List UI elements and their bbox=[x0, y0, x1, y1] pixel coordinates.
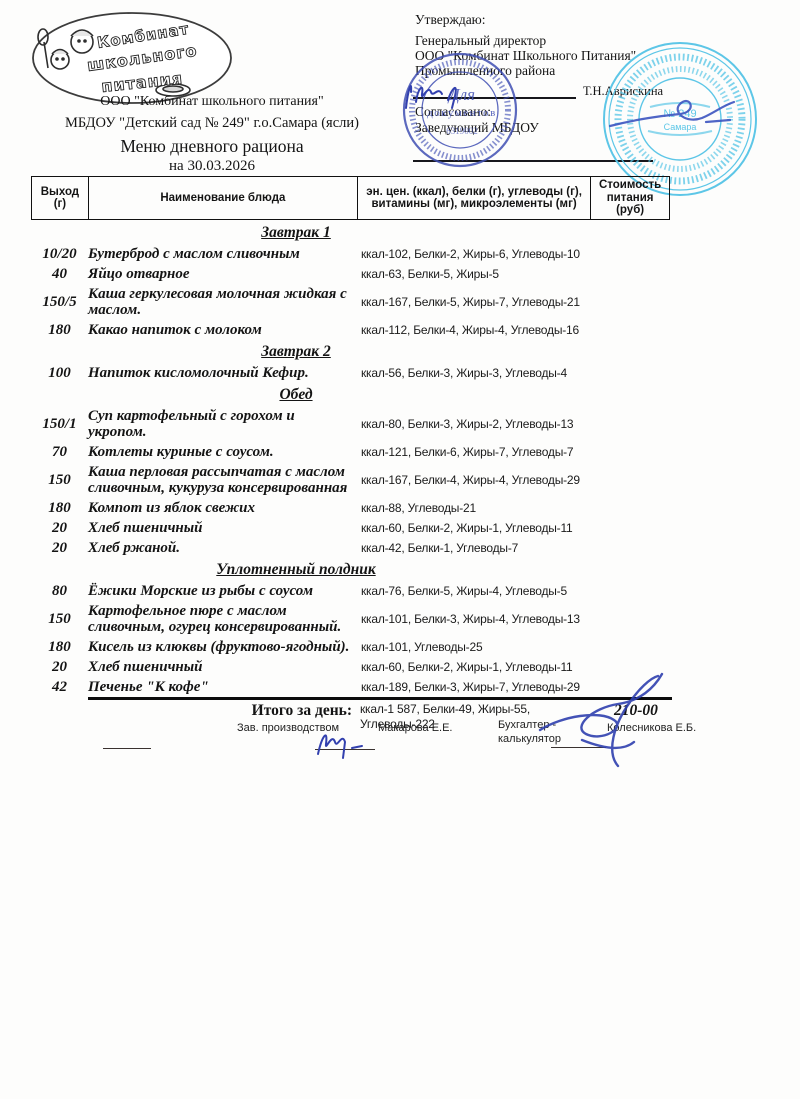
signature-stroke-icon bbox=[602, 80, 767, 140]
col-header-cost: Стоимость питания (руб) bbox=[591, 177, 669, 219]
section-title-breakfast2: Завтрак 2 bbox=[31, 343, 561, 361]
menu-date: на 30.03.2026 bbox=[28, 158, 396, 175]
portion-value: 80 bbox=[31, 583, 88, 600]
portion-value: 150 bbox=[31, 472, 88, 489]
menu-table-body: Завтрак 1 10/20 Бутерброд с маслом сливо… bbox=[31, 221, 672, 732]
portion-value: 180 bbox=[31, 500, 88, 517]
menu-row: 150/5 Каша геркулесовая молочная жидкая … bbox=[31, 284, 672, 320]
section-title-snack: Уплотненный полдник bbox=[31, 561, 561, 579]
menu-row: 70 Котлеты куриные с соусом. ккал-121, Б… bbox=[31, 442, 672, 462]
dish-name: Картофельное пюре с маслом сливочным, ог… bbox=[88, 603, 361, 636]
menu-row: 180 Кисель из клюквы (фруктово-ягодный).… bbox=[31, 637, 672, 657]
portion-value: 20 bbox=[31, 659, 88, 676]
dish-name: Яйцо отварное bbox=[88, 266, 361, 283]
section-title-breakfast1: Завтрак 1 bbox=[31, 224, 561, 242]
menu-row: 150 Картофельное пюре с маслом сливочным… bbox=[31, 601, 672, 637]
portion-value: 70 bbox=[31, 444, 88, 461]
menu-row: 10/20 Бутерброд с маслом сливочным ккал-… bbox=[31, 244, 672, 264]
production-manager-name: Макарова Е.Е. bbox=[378, 722, 453, 735]
head-signature bbox=[602, 80, 767, 140]
col-header-nutrition: эн. цен. (ккал), белки (г), углеводы (г)… bbox=[358, 177, 591, 219]
dish-name: Каша геркулесовая молочная жидкая с масл… bbox=[88, 286, 361, 319]
logo-image: Комбинат школьного питания bbox=[30, 8, 235, 108]
nutrition-value: ккал-102, Белки-2, Жиры-6, Углеводы-10 bbox=[361, 247, 611, 262]
menu-row: 80 Ёжики Морские из рыбы с соусом ккал-7… bbox=[31, 581, 672, 601]
signature-stroke-icon bbox=[310, 718, 382, 760]
menu-row: 150/1 Суп картофельный с горохом и укроп… bbox=[31, 406, 672, 442]
portion-value: 40 bbox=[31, 266, 88, 283]
dish-name: Каша перловая рассыпчатая с маслом сливо… bbox=[88, 464, 361, 497]
document-header: ООО "Комбинат школьного питания" МБДОУ "… bbox=[28, 94, 396, 175]
menu-row: 180 Какао напиток с молоком ккал-112, Бе… bbox=[31, 320, 672, 340]
facility-name: МБДОУ "Детский сад № 249" г.о.Самара (яс… bbox=[28, 115, 396, 132]
dish-name: Компот из яблок свежих bbox=[88, 500, 361, 517]
dish-name: Хлеб ржаной. bbox=[88, 540, 361, 557]
dish-name: Кисель из клюквы (фруктово-ягодный). bbox=[88, 639, 361, 656]
menu-row: 20 Хлеб пшеничный ккал-60, Белки-2, Жиры… bbox=[31, 518, 672, 538]
portion-value: 180 bbox=[31, 322, 88, 339]
portion-value: 10/20 bbox=[31, 246, 88, 263]
menu-table-header: Выход (г) Наименование блюда эн. цен. (к… bbox=[31, 176, 670, 220]
nutrition-value: ккал-76, Белки-5, Жиры-4, Углеводы-5 bbox=[361, 584, 611, 599]
menu-row: 40 Яйцо отварное ккал-63, Белки-5, Жиры-… bbox=[31, 264, 672, 284]
nutrition-value: ккал-121, Белки-6, Жиры-7, Углеводы-7 bbox=[361, 445, 611, 460]
nutrition-value: ккал-101, Углеводы-25 bbox=[361, 640, 611, 655]
dish-name: Хлеб пшеничный bbox=[88, 520, 361, 537]
dish-name: Бутерброд с маслом сливочным bbox=[88, 246, 361, 263]
menu-row: 180 Компот из яблок свежих ккал-88, Угле… bbox=[31, 498, 672, 518]
scanned-menu-document: Комбинат школьного питания ООО "Комбинат… bbox=[0, 0, 800, 1099]
dish-name: Суп картофельный с горохом и укропом. bbox=[88, 408, 361, 441]
dish-name: Какао напиток с молоком bbox=[88, 322, 361, 339]
dish-name: Печенье "К кофе" bbox=[88, 679, 361, 696]
accountant-signature bbox=[522, 668, 692, 773]
dish-name: Ёжики Морские из рыбы с соусом bbox=[88, 583, 361, 600]
nutrition-value: ккал-56, Белки-3, Жиры-3, Углеводы-4 bbox=[361, 366, 611, 381]
nutrition-value: ккал-112, Белки-4, Жиры-4, Углеводы-16 bbox=[361, 323, 611, 338]
kitchen-combine-logo: Комбинат школьного питания bbox=[30, 8, 235, 108]
nutrition-value: ккал-167, Белки-4, Жиры-4, Углеводы-29 bbox=[361, 473, 611, 488]
signature-stroke-icon bbox=[522, 668, 692, 773]
stamp-digits: 6319002 bbox=[446, 126, 478, 136]
signature-stroke-icon bbox=[400, 68, 495, 113]
portion-value: 180 bbox=[31, 639, 88, 656]
menu-row: 20 Хлеб ржаной. ккал-42, Белки-1, Углево… bbox=[31, 538, 672, 558]
nutrition-value: ккал-80, Белки-3, Жиры-2, Углеводы-13 bbox=[361, 417, 611, 432]
menu-title: Меню дневного рациона bbox=[28, 136, 396, 157]
nutrition-value: ккал-101, Белки-3, Жиры-4, Углеводы-13 bbox=[361, 612, 611, 627]
portion-value: 150 bbox=[31, 611, 88, 628]
approve-label: Утверждаю: bbox=[415, 12, 486, 27]
col-header-dish: Наименование блюда bbox=[89, 177, 358, 219]
dish-name: Котлеты куриные с соусом. bbox=[88, 444, 361, 461]
director-signature bbox=[400, 68, 495, 113]
dish-name: Напиток кисломолочный Кефир. bbox=[88, 365, 361, 382]
org-name: ООО "Комбинат школьного питания" bbox=[28, 94, 396, 110]
production-manager-signature bbox=[310, 718, 382, 760]
col-header-portion: Выход (г) bbox=[32, 177, 89, 219]
portion-value: 20 bbox=[31, 520, 88, 537]
nutrition-value: ккал-63, Белки-5, Жиры-5 bbox=[361, 267, 611, 282]
portion-value: 20 bbox=[31, 540, 88, 557]
dish-name: Хлеб пшеничный bbox=[88, 659, 361, 676]
portion-value: 100 bbox=[31, 365, 88, 382]
nutrition-value: ккал-60, Белки-2, Жиры-1, Углеводы-11 bbox=[361, 521, 611, 536]
director-title: Генеральный директор bbox=[415, 33, 546, 48]
nutrition-value: ккал-88, Углеводы-21 bbox=[361, 501, 611, 516]
portion-value: 150/5 bbox=[31, 294, 88, 311]
blank-signature-line bbox=[103, 748, 151, 749]
nutrition-value: ккал-167, Белки-5, Жиры-7, Углеводы-21 bbox=[361, 295, 611, 310]
portion-value: 150/1 bbox=[31, 416, 88, 433]
menu-row: 100 Напиток кисломолочный Кефир. ккал-56… bbox=[31, 363, 672, 383]
portion-value: 42 bbox=[31, 679, 88, 696]
nutrition-value: ккал-42, Белки-1, Углеводы-7 bbox=[361, 541, 611, 556]
section-title-lunch: Обед bbox=[31, 386, 561, 404]
menu-row: 150 Каша перловая рассыпчатая с маслом с… bbox=[31, 462, 672, 498]
